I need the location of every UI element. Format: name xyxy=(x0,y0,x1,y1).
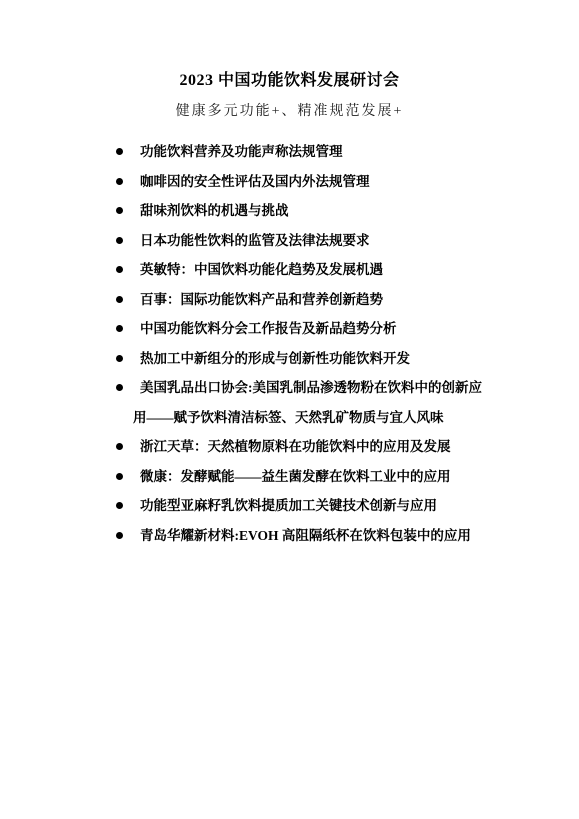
agenda-item-text: 热加工中新组分的形成与创新性功能饮料开发 xyxy=(140,351,410,366)
bullet-icon xyxy=(116,502,123,509)
bullet-icon xyxy=(116,266,123,273)
agenda-item: 热加工中新组分的形成与创新性功能饮料开发 xyxy=(0,344,579,374)
agenda-item: 美国乳品出口协会:美国乳制品渗透物粉在饮料中的创新应 用——赋予饮料清洁标签、天… xyxy=(0,373,579,432)
agenda-item-text: 百事：国际功能饮料产品和营养创新趋势 xyxy=(140,292,383,307)
bullet-icon xyxy=(116,207,123,214)
agenda-item-text: 甜味剂饮料的机遇与挑战 xyxy=(140,203,289,218)
agenda-item-text: 美国乳品出口协会:美国乳制品渗透物粉在饮料中的创新应 用——赋予饮料清洁标签、天… xyxy=(133,380,482,425)
agenda-item-text: 日本功能性饮料的监管及法律法规要求 xyxy=(140,233,370,248)
agenda-item-text: 微康：发酵赋能——益生菌发酵在饮料工业中的应用 xyxy=(140,469,451,484)
bullet-icon xyxy=(116,178,123,185)
agenda-item: 功能饮料营养及功能声称法规管理 xyxy=(0,137,579,167)
bullet-icon xyxy=(116,384,123,391)
agenda-item-text: 咖啡因的安全性评估及国内外法规管理 xyxy=(140,174,370,189)
agenda-item: 甜味剂饮料的机遇与挑战 xyxy=(0,196,579,226)
agenda-item-text: 中国功能饮料分会工作报告及新品趋势分析 xyxy=(140,321,397,336)
agenda-item: 青岛华耀新材料:EVOH 高阻隔纸杯在饮料包装中的应用 xyxy=(0,521,579,551)
agenda-item: 日本功能性饮料的监管及法律法规要求 xyxy=(0,226,579,256)
bullet-icon xyxy=(116,532,123,539)
agenda-list: 功能饮料营养及功能声称法规管理 咖啡因的安全性评估及国内外法规管理 甜味剂饮料的… xyxy=(0,137,579,550)
agenda-item: 中国功能饮料分会工作报告及新品趋势分析 xyxy=(0,314,579,344)
bullet-icon xyxy=(116,237,123,244)
agenda-item-text: 青岛华耀新材料:EVOH 高阻隔纸杯在饮料包装中的应用 xyxy=(140,528,471,543)
agenda-item: 英敏特：中国饮料功能化趋势及发展机遇 xyxy=(0,255,579,285)
bullet-icon xyxy=(116,355,123,362)
document-title: 2023 中国功能饮料发展研讨会 xyxy=(0,0,579,92)
bullet-icon xyxy=(116,473,123,480)
bullet-icon xyxy=(116,443,123,450)
agenda-item: 微康：发酵赋能——益生菌发酵在饮料工业中的应用 xyxy=(0,462,579,492)
agenda-item: 百事：国际功能饮料产品和营养创新趋势 xyxy=(0,285,579,315)
agenda-item-text: 功能饮料营养及功能声称法规管理 xyxy=(140,144,343,159)
bullet-icon xyxy=(116,325,123,332)
agenda-item: 功能型亚麻籽乳饮料提质加工关键技术创新与应用 xyxy=(0,491,579,521)
bullet-icon xyxy=(116,148,123,155)
document-page: 2023 中国功能饮料发展研讨会 健康多元功能+、精准规范发展+ 功能饮料营养及… xyxy=(0,0,579,819)
agenda-item: 浙江天草：天然植物原料在功能饮料中的应用及发展 xyxy=(0,432,579,462)
agenda-item-text: 功能型亚麻籽乳饮料提质加工关键技术创新与应用 xyxy=(140,498,437,513)
agenda-item: 咖啡因的安全性评估及国内外法规管理 xyxy=(0,167,579,197)
document-subtitle: 健康多元功能+、精准规范发展+ xyxy=(0,102,579,122)
agenda-item-text: 英敏特：中国饮料功能化趋势及发展机遇 xyxy=(140,262,383,277)
bullet-icon xyxy=(116,296,123,303)
agenda-item-text: 浙江天草：天然植物原料在功能饮料中的应用及发展 xyxy=(140,439,451,454)
